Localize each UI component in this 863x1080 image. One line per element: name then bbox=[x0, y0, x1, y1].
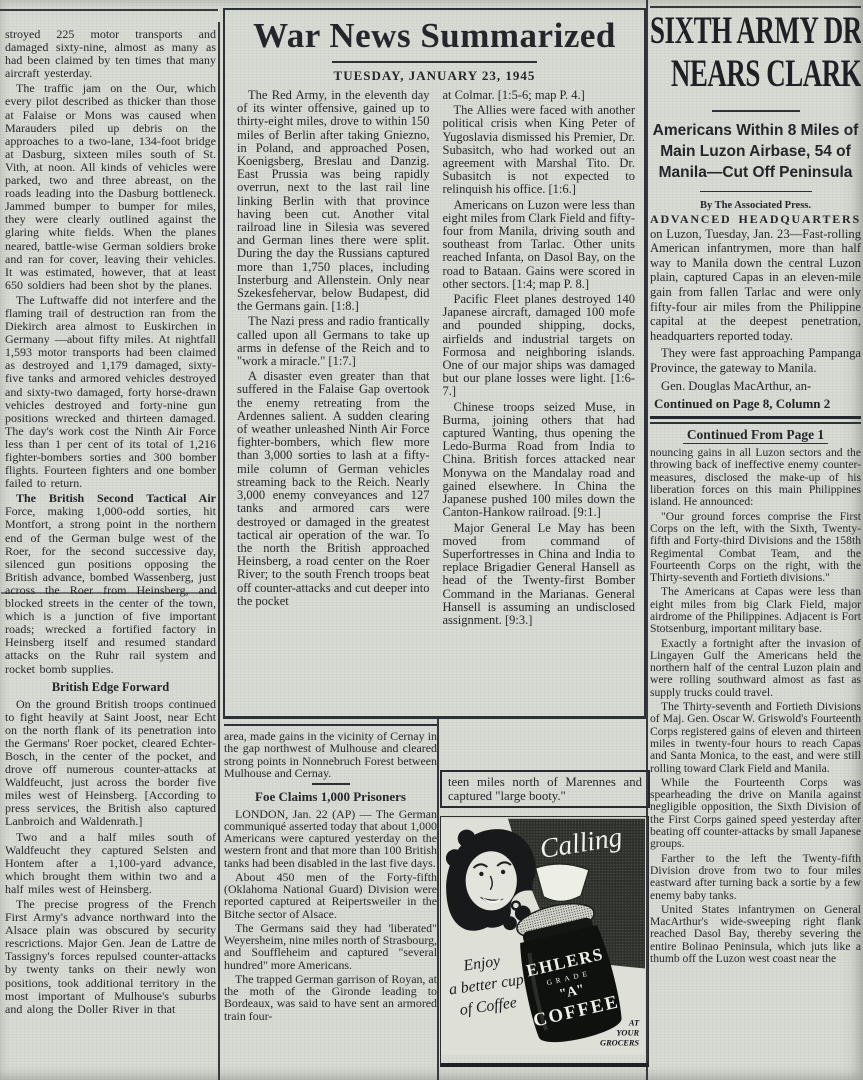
continued-from-page-1-header: Continued From Page 1 bbox=[650, 427, 861, 443]
war-news-column-2: at Colmar. [1:5-6; map P. 4.] The Allies… bbox=[443, 89, 636, 629]
sixth-army-subhead: Americans Within 8 Miles of Main Luzon A… bbox=[650, 120, 861, 183]
paragraph: at Colmar. [1:5-6; map P. 4.] bbox=[443, 89, 636, 102]
paragraph: The Germans said they had 'liberated" We… bbox=[224, 922, 437, 971]
paragraph: While the Fourteenth Corps was spearhead… bbox=[650, 777, 861, 851]
ap-byline: By The Associated Press. bbox=[650, 200, 861, 211]
ad-grocers-line: AT bbox=[628, 1019, 640, 1028]
paragraph: A disaster even greater than that suffer… bbox=[237, 370, 430, 608]
paragraph: United States infantrymen on General Mac… bbox=[650, 904, 861, 965]
paragraph: The Red Army, in the eleventh day of its… bbox=[237, 89, 430, 313]
paragraph: The traffic jam on the Our, which every … bbox=[5, 82, 216, 292]
coffee-ad-art: Calling EHLERS GRADE "A" COFFEE Enjoy a … bbox=[441, 817, 645, 1057]
paragraph: Gen. Douglas MacArthur, an- bbox=[650, 379, 861, 394]
paragraph: Major General Le May has been moved from… bbox=[443, 522, 636, 628]
subhead-line: Americans Within 8 Miles of bbox=[650, 120, 861, 141]
paragraph: The trapped German garrison of Royan, at… bbox=[224, 973, 437, 1022]
dateline-lead: ADVANCED HEADQUARTERS bbox=[650, 212, 861, 226]
divider bbox=[700, 191, 812, 193]
paragraph: stroyed 225 motor transports and damaged… bbox=[5, 28, 216, 80]
ad-grocers-line: YOUR bbox=[616, 1029, 639, 1038]
continued-from-page-1-section: Continued From Page 1 nouncing gains in … bbox=[650, 422, 861, 965]
section-divider bbox=[312, 783, 350, 785]
paragraph: The precise progress of the French First… bbox=[5, 898, 216, 1016]
bold-lead: The British Second Tactical Air bbox=[16, 491, 216, 505]
paragraph: About 450 men of the Forty-fifth (Oklaho… bbox=[224, 871, 437, 920]
paragraph: The Nazi press and radio frantically cal… bbox=[237, 315, 430, 368]
title-underline bbox=[332, 61, 537, 63]
heavy-rule bbox=[650, 416, 861, 419]
sixth-army-column: SIXTH ARMY DRIVE NEARS CLARK FIELD Ameri… bbox=[650, 6, 861, 1080]
marennes-box: teen miles north of Marennes and capture… bbox=[440, 770, 650, 808]
coffee-ad: Calling EHLERS GRADE "A" COFFEE Enjoy a … bbox=[440, 816, 649, 1067]
right-column-top-rule bbox=[650, 6, 861, 8]
war-news-date: TUESDAY, JANUARY 23, 1945 bbox=[225, 68, 644, 84]
sixth-army-headline: SIXTH ARMY DRIVE NEARS CLARK FIELD bbox=[650, 16, 861, 102]
paragraph: The Luftwaffe did not interfere and the … bbox=[5, 294, 216, 490]
paragraph: teen miles north of Marennes and capture… bbox=[448, 775, 642, 803]
paragraph: Farther to the left the Twenty-fifth Div… bbox=[650, 853, 861, 902]
column-rule-mid-bottom bbox=[437, 718, 439, 1080]
newspaper-page: stroyed 225 motor transports and damaged… bbox=[0, 0, 863, 1080]
paragraph: Two and a half miles south of Waldfeucht… bbox=[5, 831, 216, 896]
headline-line-1: SIXTH ARMY DRIVE bbox=[650, 9, 861, 53]
headline-line-2: NEARS CLARK FIELD bbox=[671, 52, 861, 96]
column-rule-left bbox=[218, 22, 220, 1080]
paragraph: The Thirty-seventh and Fortieth Division… bbox=[650, 701, 861, 775]
subhead-line: Main Luzon Airbase, 54 of bbox=[650, 141, 861, 162]
paragraph: LONDON, Jan. 22 (AP) — The German commun… bbox=[224, 808, 437, 869]
paragraph: Pacific Fleet planes destroyed 140 Japan… bbox=[443, 293, 636, 399]
ad-coffee-cup bbox=[536, 864, 589, 901]
paragraph: The Allies were faced with another polit… bbox=[443, 104, 636, 196]
ad-grocers-line: GROCERS bbox=[600, 1038, 639, 1047]
paragraph: They were fast approaching Pampanga Prov… bbox=[650, 346, 861, 375]
foe-claims-headline: Foe Claims 1,000 Prisoners bbox=[224, 789, 437, 805]
paragraph: The Americans at Capas were less than ei… bbox=[650, 586, 861, 635]
paragraph: Exactly a fortnight after the invasion o… bbox=[650, 638, 861, 699]
paragraph: On the ground British troops continued t… bbox=[5, 698, 216, 829]
paragraph: ADVANCED HEADQUARTERS on Luzon, Tuesday,… bbox=[650, 212, 861, 343]
british-edge-forward-subhead: British Edge Forward bbox=[5, 680, 216, 695]
war-news-box: War News Summarized TUESDAY, JANUARY 23,… bbox=[223, 8, 646, 719]
foe-claims-section: area, made gains in the vicinity of Cern… bbox=[224, 724, 437, 1080]
paragraph: The British Second Tactical Air Force, m… bbox=[5, 492, 216, 675]
left-column-article: stroyed 225 motor transports and damaged… bbox=[5, 28, 216, 1078]
paragraph: Americans on Luzon were less than eight … bbox=[443, 199, 636, 291]
sixth-army-body: ADVANCED HEADQUARTERS on Luzon, Tuesday,… bbox=[650, 212, 861, 393]
paragraph: nouncing gains in all Luzon sectors and … bbox=[650, 447, 861, 508]
top-left-rule bbox=[0, 9, 218, 11]
war-news-title: War News Summarized bbox=[225, 16, 644, 56]
subhead-line: Manila—Cut Off Peninsula bbox=[650, 162, 861, 183]
paragraph: Chinese troops seized Muse, in Burma, jo… bbox=[443, 401, 636, 520]
divider bbox=[712, 110, 800, 112]
paragraph: area, made gains in the vicinity of Cern… bbox=[224, 730, 437, 779]
war-news-column-1: The Red Army, in the eleventh day of its… bbox=[237, 89, 430, 629]
continued-on-page-8: Continued on Page 8, Column 2 bbox=[650, 396, 861, 412]
paragraph: "Our ground forces comprise the First Co… bbox=[650, 511, 861, 585]
